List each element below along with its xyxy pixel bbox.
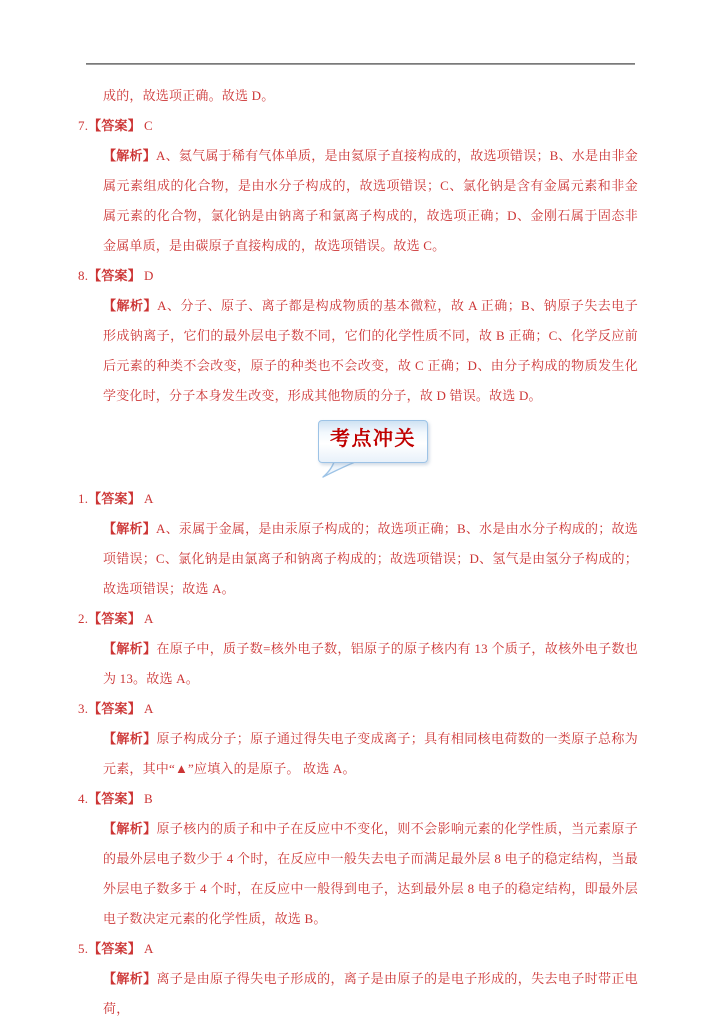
question-number: 3. bbox=[78, 701, 88, 716]
answer-letter: A bbox=[144, 701, 154, 716]
analysis-label: 【解析】 bbox=[103, 641, 156, 656]
analysis-text: A、汞属于金属，是由汞原子构成的；故选项正确；B、水是由水分子构成的；故选项错误… bbox=[103, 521, 638, 596]
answer-line: 4.【答案】B bbox=[78, 784, 638, 814]
analysis-label: 【解析】 bbox=[103, 971, 157, 986]
continuation-line: 成的，故选项正确。故选 D。 bbox=[103, 81, 638, 111]
answer-letter: D bbox=[144, 268, 154, 283]
analysis-label: 【解析】 bbox=[103, 521, 156, 536]
document-content: 成的，故选项正确。故选 D。 7.【答案】C 【解析】A、氦气属于稀有气体单质，… bbox=[78, 81, 638, 1019]
analysis-label: 【解析】 bbox=[103, 731, 157, 746]
question-number: 7. bbox=[78, 118, 88, 133]
answer-label: 【答案】 bbox=[88, 611, 141, 626]
answer-letter: A bbox=[144, 941, 154, 956]
analysis-text: 原子核内的质子和中子在反应中不变化，则不会影响元素的化学性质，当元素原子的最外层… bbox=[103, 821, 638, 926]
answer-letter: B bbox=[144, 791, 153, 806]
callout-title: 考点冲关 bbox=[330, 428, 416, 450]
analysis-paragraph: 【解析】原子核内的质子和中子在反应中不变化，则不会影响元素的化学性质，当元素原子… bbox=[103, 814, 638, 934]
qa-item-5: 5.【答案】A 【解析】离子是由原子得失电子形成的，离子是由原子的是电子形成的，… bbox=[78, 934, 638, 1019]
qa-item-4: 4.【答案】B 【解析】原子核内的质子和中子在反应中不变化，则不会影响元素的化学… bbox=[78, 784, 638, 934]
answer-letter: A bbox=[144, 611, 154, 626]
analysis-text: A、氦气属于稀有气体单质，是由氦原子直接构成的，故选项错误；B、水是由非金属元素… bbox=[103, 148, 638, 253]
question-number: 4. bbox=[78, 791, 88, 806]
answer-label: 【答案】 bbox=[88, 791, 141, 806]
analysis-paragraph: 【解析】A、分子、原子、离子都是构成物质的基本微粒，故 A 正确；B、钠原子失去… bbox=[103, 291, 638, 411]
analysis-paragraph: 【解析】A、汞属于金属，是由汞原子构成的；故选项正确；B、水是由水分子构成的；故… bbox=[103, 514, 638, 604]
qa-item-8: 8.【答案】D 【解析】A、分子、原子、离子都是构成物质的基本微粒，故 A 正确… bbox=[78, 261, 638, 411]
document-page: 成的，故选项正确。故选 D。 7.【答案】C 【解析】A、氦气属于稀有气体单质，… bbox=[0, 0, 720, 1019]
answer-line: 3.【答案】A bbox=[78, 694, 638, 724]
answer-line: 8.【答案】D bbox=[78, 261, 638, 291]
header-divider-rule bbox=[86, 63, 635, 65]
answer-label: 【答案】 bbox=[88, 701, 141, 716]
question-number: 8. bbox=[78, 268, 88, 283]
continuation-text: 成的，故选项正确。故选 D。 bbox=[103, 88, 274, 103]
question-number: 2. bbox=[78, 611, 88, 626]
analysis-paragraph: 【解析】在原子中，质子数=核外电子数，铝原子的原子核内有 13 个质子，故核外电… bbox=[103, 634, 638, 694]
analysis-text: 离子是由原子得失电子形成的，离子是由原子的是电子形成的，失去电子时带正电荷， bbox=[103, 971, 638, 1016]
analysis-text: A、分子、原子、离子都是构成物质的基本微粒，故 A 正确；B、钠原子失去电子形成… bbox=[103, 298, 638, 403]
answer-line: 5.【答案】A bbox=[78, 934, 638, 964]
analysis-label: 【解析】 bbox=[103, 298, 157, 313]
analysis-label: 【解析】 bbox=[103, 821, 157, 836]
answer-label: 【答案】 bbox=[88, 491, 141, 506]
question-number: 1. bbox=[78, 491, 88, 506]
answer-letter: C bbox=[144, 118, 153, 133]
answer-line: 2.【答案】A bbox=[78, 604, 638, 634]
qa-item-1: 1.【答案】A 【解析】A、汞属于金属，是由汞原子构成的；故选项正确；B、水是由… bbox=[78, 484, 638, 604]
question-number: 5. bbox=[78, 941, 88, 956]
answer-label: 【答案】 bbox=[88, 941, 141, 956]
answer-line: 7.【答案】C bbox=[78, 111, 638, 141]
answer-label: 【答案】 bbox=[88, 118, 141, 133]
qa-item-3: 3.【答案】A 【解析】原子构成分子；原子通过得失电子变成离子；具有相同核电荷数… bbox=[78, 694, 638, 784]
qa-item-7: 7.【答案】C 【解析】A、氦气属于稀有气体单质，是由氦原子直接构成的，故选项错… bbox=[78, 111, 638, 261]
section-callout: 考点冲关 bbox=[318, 420, 458, 480]
qa-item-2: 2.【答案】A 【解析】在原子中，质子数=核外电子数，铝原子的原子核内有 13 … bbox=[78, 604, 638, 694]
answer-line: 1.【答案】A bbox=[78, 484, 638, 514]
speech-bubble: 考点冲关 bbox=[318, 420, 428, 463]
analysis-paragraph: 【解析】A、氦气属于稀有气体单质，是由氦原子直接构成的，故选项错误；B、水是由非… bbox=[103, 141, 638, 261]
answer-letter: A bbox=[144, 491, 154, 506]
analysis-paragraph: 【解析】原子构成分子；原子通过得失电子变成离子；具有相同核电荷数的一类原子总称为… bbox=[103, 724, 638, 784]
answer-label: 【答案】 bbox=[88, 268, 141, 283]
analysis-label: 【解析】 bbox=[103, 148, 156, 163]
analysis-text: 在原子中，质子数=核外电子数，铝原子的原子核内有 13 个质子，故核外电子数也为… bbox=[103, 641, 638, 686]
analysis-text: 原子构成分子；原子通过得失电子变成离子；具有相同核电荷数的一类原子总称为元素，其… bbox=[103, 731, 638, 776]
analysis-paragraph: 【解析】离子是由原子得失电子形成的，离子是由原子的是电子形成的，失去电子时带正电… bbox=[103, 964, 638, 1019]
